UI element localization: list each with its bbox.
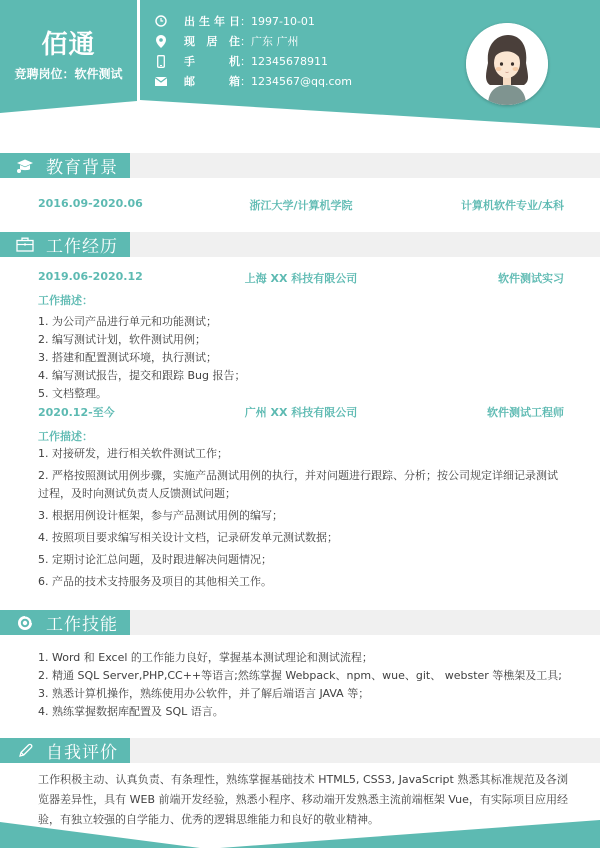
job-label: 竞聘岗位： [14, 67, 74, 81]
name-block: 佰通 竞聘岗位：软件测试 [0, 28, 137, 82]
section-tab: 工作经历 [0, 232, 130, 257]
list-item: 2. 严格按照测试用例步骤，实施产品测试用例的执行，并对问题进行跟踪、分析；按公… [38, 467, 568, 503]
contact-value: ：广东 广州 [240, 33, 299, 49]
list-item: 3. 根据用例设计框架，参与产品测试用例的编写； [38, 507, 568, 525]
job-target: 竞聘岗位：软件测试 [0, 66, 137, 82]
graduation-cap-icon [16, 157, 34, 175]
contact-label: 出生年日 [184, 13, 240, 29]
candidate-name: 佰通 [0, 28, 137, 62]
contact-label: 邮箱 [184, 73, 240, 89]
contact-value: ：1997-10-01 [240, 13, 315, 29]
job-position: 软件测试工程师 [487, 404, 564, 420]
mail-icon [154, 74, 168, 88]
section-skills-header: 工作技能 [0, 610, 600, 635]
education-row: 2016.09-2020.06 浙江大学/计算机学院 计算机软件专业/本科 [38, 197, 564, 215]
section-title: 教育背景 [46, 153, 118, 178]
education-major: 计算机软件专业/本科 [461, 197, 564, 213]
list-item: 1. 对接研发，进行相关软件测试工作； [38, 445, 568, 463]
list-item: 1. 为公司产品进行单元和功能测试； [38, 313, 568, 331]
clock-icon [154, 14, 168, 28]
list-item: 6. 产品的技术支持服务及项目的其他相关工作。 [38, 573, 568, 591]
contact-info: 出生年日 ：1997-10-01 现居住 ：广东 广州 手机 ：12345678… [154, 11, 352, 91]
avatar-illustration [466, 23, 548, 105]
job-row: 2019.06-2020.12 上海 XX 科技有限公司 软件测试实习 [38, 270, 564, 288]
section-title: 工作技能 [46, 610, 118, 635]
skills-list: 1. Word 和 Excel 的工作能力良好，掌握基本测试理论和测试流程； 2… [38, 649, 568, 721]
section-title: 工作经历 [46, 232, 118, 257]
job-desc-label: 工作描述： [38, 428, 93, 444]
job-position: 软件测试实习 [498, 270, 564, 286]
section-education-header: 教育背景 [0, 153, 600, 178]
list-item: 5. 定期讨论汇总问题，及时跟进解决问题情况； [38, 551, 568, 569]
avatar [466, 23, 548, 105]
location-pin-icon [154, 34, 168, 48]
pencil-icon [16, 742, 34, 760]
list-item: 2. 编写测试计划，软件测试用例； [38, 331, 568, 349]
list-item: 5. 文档整理。 [38, 385, 568, 403]
job-value: 软件测试 [75, 67, 123, 81]
job-company: 广州 XX 科技有限公司 [38, 404, 564, 420]
contact-residence: 现居住 ：广东 广州 [154, 31, 352, 51]
list-item: 1. Word 和 Excel 的工作能力良好，掌握基本测试理论和测试流程； [38, 649, 568, 667]
list-item: 4. 按照项目要求编写相关设计文档，记录研发单元测试数据； [38, 529, 568, 547]
list-item: 4. 熟练掌握数据库配置及 SQL 语言。 [38, 703, 568, 721]
section-tab: 教育背景 [0, 153, 130, 178]
list-item: 2. 精通 SQL Server,PHP,CC++等语言;然练掌握 Webpac… [38, 667, 568, 685]
briefcase-icon [16, 236, 34, 254]
list-item: 4. 编写测试报告，提交和跟踪 Bug 报告； [38, 367, 568, 385]
contact-label: 现居住 [184, 33, 240, 49]
section-tab: 工作技能 [0, 610, 130, 635]
section-title: 自我评价 [46, 738, 118, 763]
phone-icon [154, 54, 168, 68]
contact-value: ：1234567@qq.com [240, 73, 352, 89]
footer-decoration [0, 800, 600, 848]
job-row: 2020.12-至今 广州 XX 科技有限公司 软件测试工程师 [38, 404, 564, 422]
list-item: 3. 熟悉计算机操作，熟练使用办公软件，并了解后端语言 JAVA 等； [38, 685, 568, 703]
contact-email: 邮箱 ：1234567@qq.com [154, 71, 352, 91]
job-company: 上海 XX 科技有限公司 [38, 270, 564, 286]
contact-phone: 手机 ：12345678911 [154, 51, 352, 71]
resume-header: 佰通 竞聘岗位：软件测试 出生年日 ：1997-10-01 现居住 ：广东 广州 [0, 0, 600, 140]
section-self-header: 自我评价 [0, 738, 600, 763]
section-tab: 自我评价 [0, 738, 130, 763]
section-work-header: 工作经历 [0, 232, 600, 257]
list-item: 3. 搭建和配置测试环境，执行测试； [38, 349, 568, 367]
job-desc-label: 工作描述： [38, 292, 93, 308]
contact-birthday: 出生年日 ：1997-10-01 [154, 11, 352, 31]
job-desc-list: 1. 为公司产品进行单元和功能测试； 2. 编写测试计划，软件测试用例； 3. … [38, 313, 568, 403]
contact-value: ：12345678911 [240, 53, 328, 69]
contact-label: 手机 [184, 53, 240, 69]
job-desc-list: 1. 对接研发，进行相关软件测试工作； 2. 严格按照测试用例步骤，实施产品测试… [38, 445, 568, 595]
skill-circle-icon [16, 614, 34, 632]
